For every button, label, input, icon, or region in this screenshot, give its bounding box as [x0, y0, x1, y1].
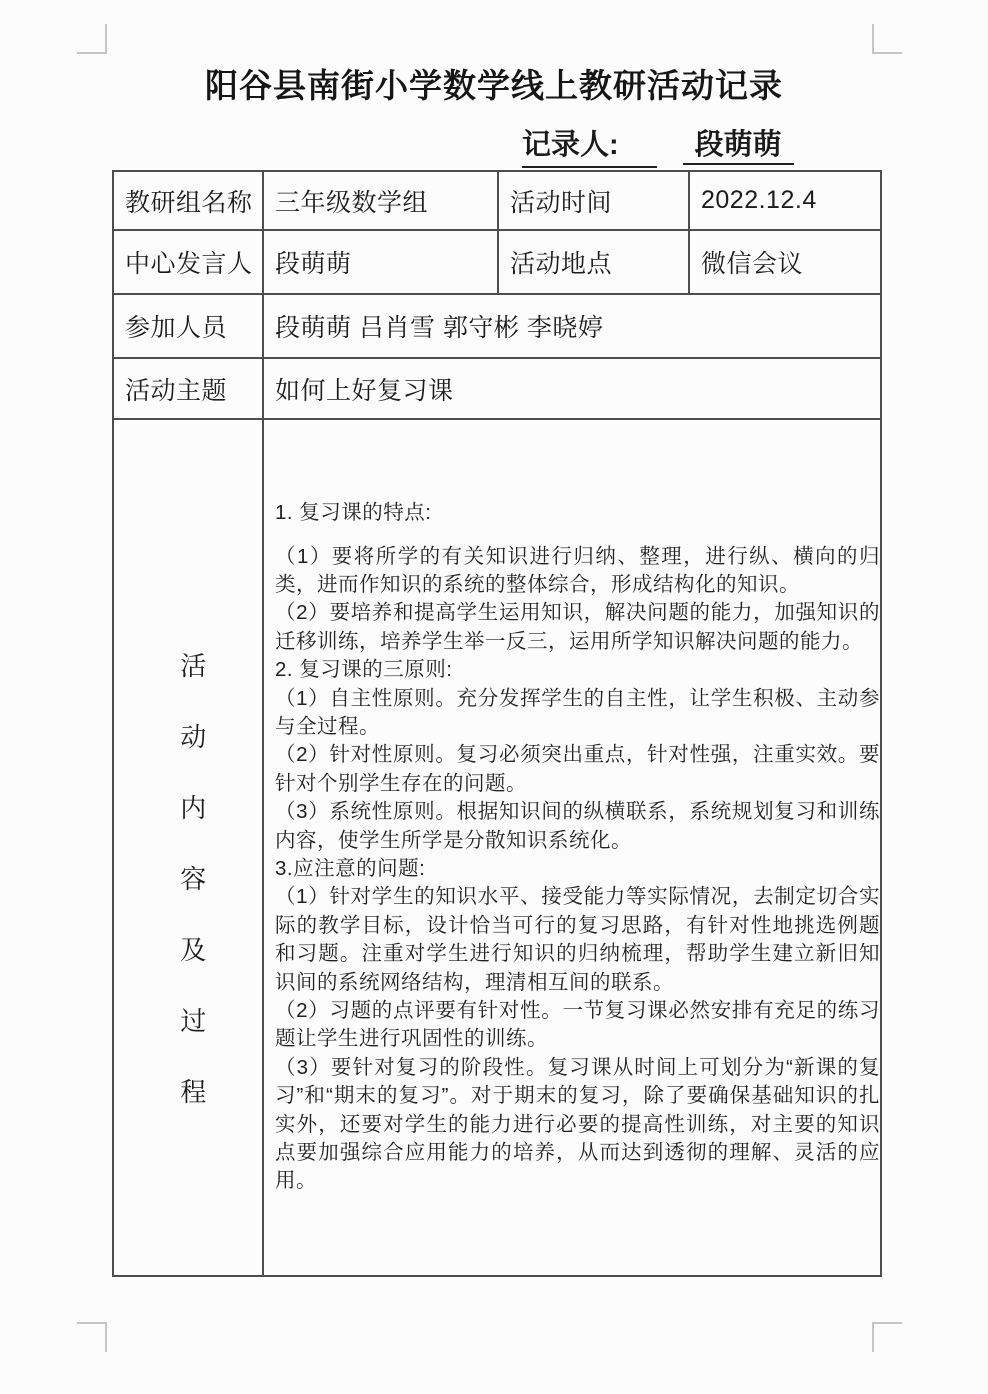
content-paragraph: （3）要针对复习的阶段性。复习课从时间上可划分为“新课的复习”和“期末的复习”。… [275, 1054, 880, 1196]
vlabel-char: 容 [180, 859, 207, 896]
cell-content-label: 活 动 内 容 及 过 程 [113, 419, 263, 1276]
content-paragraph: （2）要培养和提高学生运用知识，解决问题的能力，加强知识的迁移训练，培养学生举一… [275, 599, 880, 656]
cell-content-value: 1. 复习课的特点: （1）要将所学的有关知识进行归纳、整理，进行纵、横向的归类… [263, 419, 881, 1276]
table-row-group-name: 教研组名称 三年级数学组 活动时间 2022.12.4 [113, 171, 881, 230]
vlabel-char: 过 [180, 1001, 207, 1038]
activity-record-table: 教研组名称 三年级数学组 活动时间 2022.12.4 中心发言人 段萌萌 活动… [112, 170, 882, 1277]
content-paragraph: 2. 复习课的三原则: [275, 656, 880, 684]
document-page: 阳谷县南街小学数学线上教研活动记录 记录人:段萌萌 教研组名称 三年级数学组 活… [0, 0, 988, 1394]
table-row-participants: 参加人员 段萌萌 吕肖雪 郭守彬 李晓婷 [113, 294, 881, 358]
margin-corner-mark-bottom-right [872, 1322, 902, 1352]
cell-activity-time-value: 2022.12.4 [689, 171, 881, 230]
cell-speaker-value: 段萌萌 [263, 230, 498, 294]
table-row-topic: 活动主题 如何上好复习课 [113, 358, 881, 419]
margin-corner-mark-bottom-left [77, 1322, 107, 1352]
recorder-label: 记录人: [522, 122, 657, 168]
vlabel-char: 及 [180, 930, 207, 967]
cell-activity-place-label: 活动地点 [498, 230, 689, 294]
recorder-line: 记录人:段萌萌 [522, 122, 794, 168]
content-paragraph: （2）习题的点评要有针对性。一节复习课必然安排有充足的练习题让学生进行巩固性的训… [275, 997, 880, 1054]
content-paragraph: （1）自主性原则。充分发挥学生的自主性，让学生积极、主动参与全过程。 [275, 685, 880, 742]
cell-topic-value: 如何上好复习课 [263, 358, 881, 419]
recorder-name: 段萌萌 [683, 122, 794, 165]
content-paragraph: 1. 复习课的特点: [275, 499, 880, 527]
cell-speaker-label: 中心发言人 [113, 230, 263, 294]
content-paragraph: （1）要将所学的有关知识进行归纳、整理，进行纵、横向的归类，进而作知识的系统的整… [275, 543, 880, 600]
cell-participants-value: 段萌萌 吕肖雪 郭守彬 李晓婷 [263, 294, 881, 358]
table-row-speaker: 中心发言人 段萌萌 活动地点 微信会议 [113, 230, 881, 294]
cell-activity-time-label: 活动时间 [498, 171, 689, 230]
page-title: 阳谷县南街小学数学线上教研活动记录 [0, 60, 988, 107]
vlabel-char: 动 [180, 717, 207, 754]
cell-group-name-label: 教研组名称 [113, 171, 263, 230]
vlabel-char: 程 [180, 1072, 207, 1109]
vlabel-char: 内 [180, 788, 207, 825]
table-row-content: 活 动 内 容 及 过 程 1. 复习课的特点: （1）要将所学的有关知识进行归… [113, 419, 881, 1276]
vlabel-char: 活 [180, 646, 207, 683]
margin-corner-mark-top-left [77, 24, 107, 54]
margin-corner-mark-top-right [872, 24, 902, 54]
cell-participants-label: 参加人员 [113, 294, 263, 358]
content-paragraph: （3）系统性原则。根据知识间的纵横联系，系统规划复习和训练内容，使学生所学是分散… [275, 798, 880, 855]
content-paragraph: 3.应注意的问题: [275, 855, 880, 883]
content-vertical-label: 活 动 内 容 及 过 程 [125, 646, 262, 1109]
cell-topic-label: 活动主题 [113, 358, 263, 419]
cell-group-name-value: 三年级数学组 [263, 171, 498, 230]
cell-activity-place-value: 微信会议 [689, 230, 881, 294]
content-paragraph: （2）针对性原则。复习必须突出重点，针对性强，注重实效。要针对个别学生存在的问题… [275, 741, 880, 798]
content-paragraph: （1）针对学生的知识水平、接受能力等实际情况，去制定切合实际的教学目标，设计恰当… [275, 883, 880, 997]
